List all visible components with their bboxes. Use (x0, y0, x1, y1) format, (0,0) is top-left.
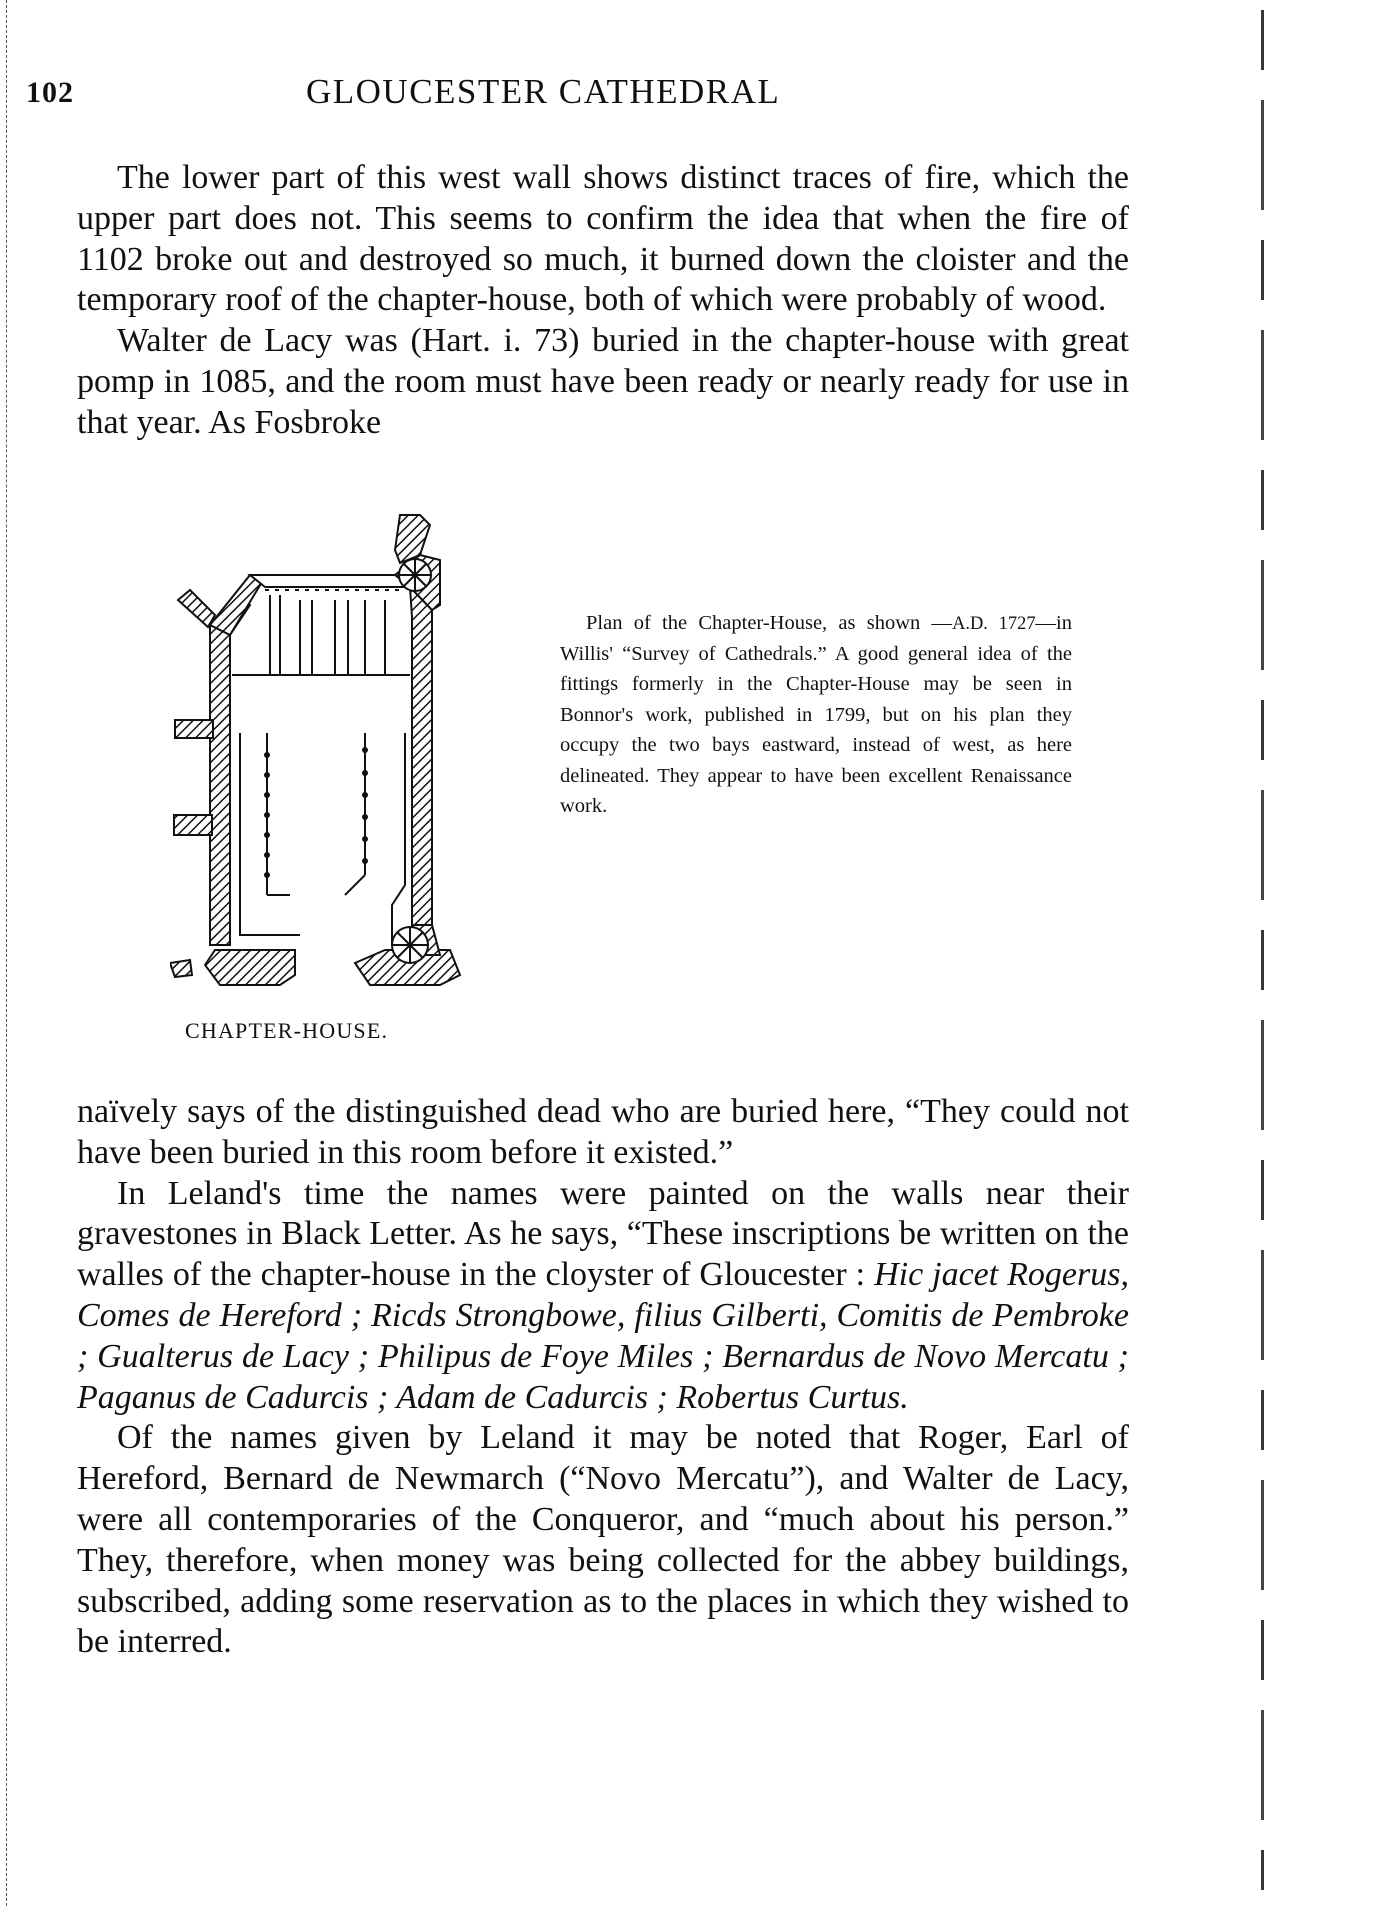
caption-text-1: Plan of the Chapter-House, as shown — (586, 612, 952, 634)
running-head: 102 GLOUCESTER CATHEDRAL (26, 72, 1126, 112)
body-text-top: The lower part of this west wall shows d… (77, 158, 1129, 444)
paragraph-names-noted: Of the names given by Leland it may be n… (77, 1418, 1129, 1663)
caption-date: A.D. 1727 (952, 613, 1035, 633)
page-number: 102 (26, 76, 74, 110)
chapter-house-plan-illustration (170, 505, 482, 1005)
paragraph-leland: In Leland's time the names were painted … (77, 1174, 1129, 1419)
binding-edge (1261, 10, 1264, 1890)
body-text-bottom: naïvely says of the distinguished dead w… (77, 1092, 1129, 1663)
paragraph-fosbroke-continuation: naïvely says of the distinguished dead w… (77, 1092, 1129, 1174)
caption-text-2: —in Willis' “Survey of Cathedrals.” A go… (560, 612, 1072, 817)
paragraph-west-wall: The lower part of this west wall shows d… (77, 158, 1129, 321)
figure-label: CHAPTER-HOUSE. (185, 1018, 388, 1044)
page-left-edge (6, 0, 7, 1906)
figure-caption: Plan of the Chapter-House, as shown —A.D… (560, 608, 1072, 822)
paragraph-walter-de-lacy: Walter de Lacy was (Hart. i. 73) buried … (77, 321, 1129, 443)
running-title: GLOUCESTER CATHEDRAL (306, 72, 780, 112)
